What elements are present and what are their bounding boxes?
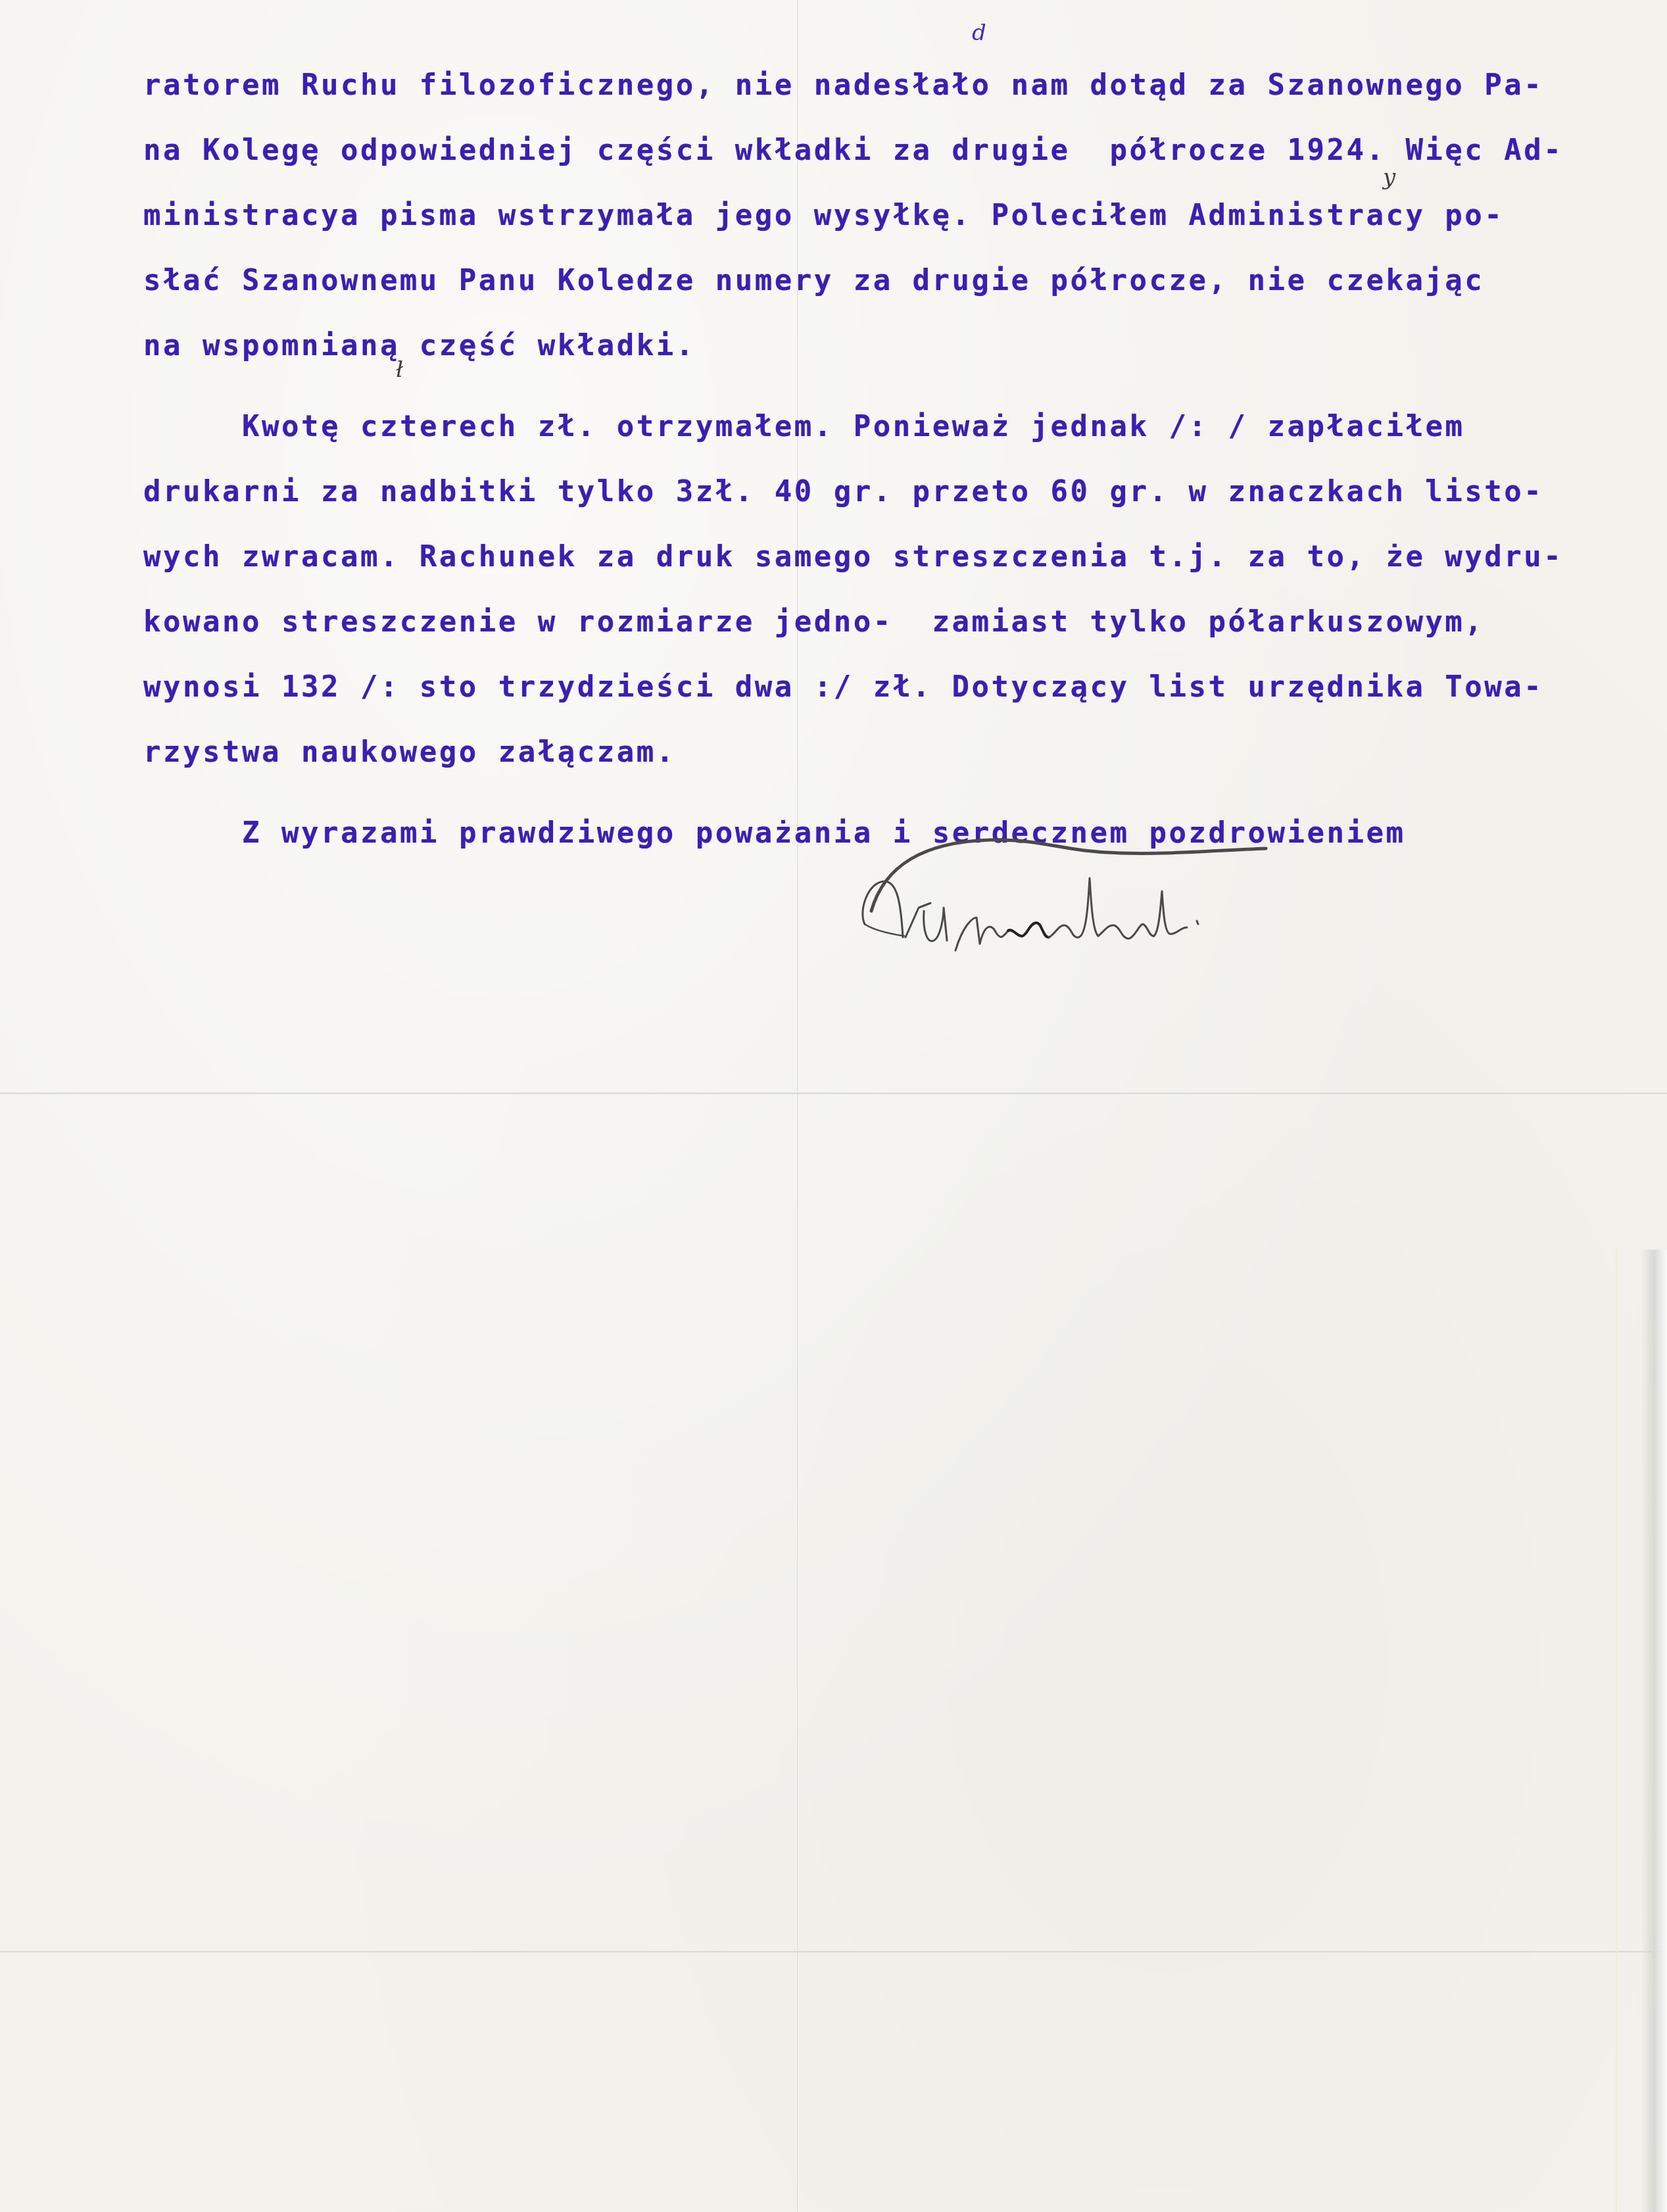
text-line: rzystwa naukowego załączam. bbox=[143, 733, 1590, 798]
text-line: wych zwracam. Rachunek za druk samego st… bbox=[143, 537, 1590, 602]
letter-body: ratorem Ruchu filozoficznego, nie nadesł… bbox=[143, 66, 1590, 879]
paper-edge-shadow bbox=[1641, 1250, 1667, 2212]
handwritten-correction: ł bbox=[396, 356, 403, 383]
paper-edge-line bbox=[1616, 1250, 1617, 2212]
text-line: ministracya pisma wstrzymała jego wysyłk… bbox=[143, 196, 1590, 261]
text-line: słać Szanownemu Panu Koledze numery za d… bbox=[143, 261, 1590, 326]
handwritten-signature: handwritten pencil signature with long c… bbox=[845, 825, 1345, 957]
text-line: drukarni za nadbitki tylko 3zł. 40 gr. p… bbox=[143, 472, 1590, 537]
text-line: na Kolegę odpowiedniej części wkładki za… bbox=[143, 131, 1590, 196]
text-line: kowano streszczenie w rozmiarze jedno- z… bbox=[143, 602, 1590, 668]
text-line: na wspomnianą część wkładki. bbox=[143, 326, 1590, 391]
text-line: ratorem Ruchu filozoficznego, nie nadesł… bbox=[143, 66, 1590, 131]
handwritten-correction: d bbox=[972, 20, 986, 46]
text-line: wynosi 132 /: sto trzydzieści dwa :/ zł.… bbox=[143, 668, 1590, 733]
text-line: Kwotę czterech zł. otrzymałem. Ponieważ … bbox=[143, 407, 1590, 472]
horizontal-fold-line bbox=[0, 1950, 1667, 1953]
handwritten-correction: y bbox=[1383, 164, 1395, 191]
horizontal-fold-line bbox=[0, 1092, 1667, 1094]
